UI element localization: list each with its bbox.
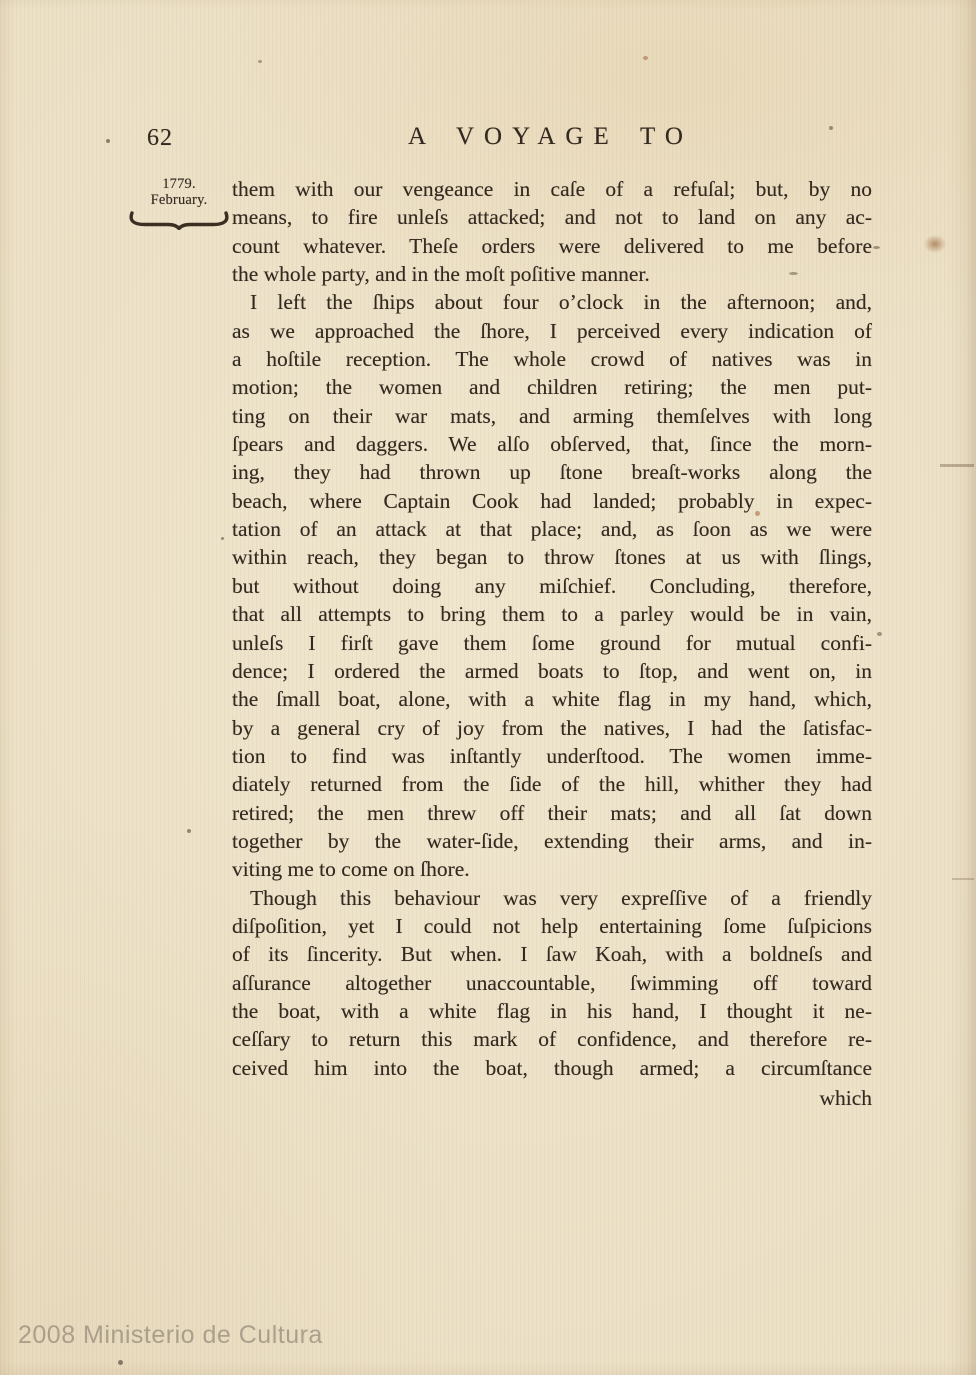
text-line: motion; the women and children retiring;… <box>232 373 872 401</box>
text-line: within reach, they began to throw ſtones… <box>232 543 872 571</box>
paper-speck <box>829 126 833 130</box>
watermark: 2008 Ministerio de Cultura <box>18 1321 323 1350</box>
running-title: A VOYAGE TO <box>408 123 693 151</box>
foxing-smudge <box>920 232 950 256</box>
text-line: of its ſincerity. But when. I ſaw Koah, … <box>232 940 872 968</box>
text-line: viting me to come on ſhore. <box>232 855 872 883</box>
margin-note: 1779. February. <box>127 176 231 230</box>
text-line: diately returned from the ſide of the hi… <box>232 770 872 798</box>
page-number: 62 <box>147 125 173 152</box>
margin-brace-icon <box>128 211 230 230</box>
text-line: by a general cry of joy from the natives… <box>232 714 872 742</box>
text-line: tion to find was inſtantly underſtood. T… <box>232 742 872 770</box>
paper-speck <box>118 1360 123 1365</box>
margin-note-year: 1779. <box>127 176 231 192</box>
text-line: the boat, with a white flag in his hand,… <box>232 997 872 1025</box>
text-line: as we approached the ſhore, I perceived … <box>232 317 872 345</box>
text-line: together by the water-ſide, extending th… <box>232 827 872 855</box>
text-line: ing, they had thrown up ſtone breaſt-wor… <box>232 458 872 486</box>
book-page-scan: 62 A VOYAGE TO 1779. February. them with… <box>0 0 976 1375</box>
text-line: ceſſary to return this mark of confidenc… <box>232 1025 872 1053</box>
text-line: retired; the men threw off their mats; a… <box>232 799 872 827</box>
text-line: unleſs I firſt gave them ſome ground for… <box>232 629 872 657</box>
text-line: but without doing any miſchief. Concludi… <box>232 572 872 600</box>
text-line: the ſmall boat, alone, with a white flag… <box>232 685 872 713</box>
text-line: means, to fire unleſs attacked; and not … <box>232 203 872 231</box>
paper-flaw-line <box>952 878 974 880</box>
paper-speck <box>187 829 191 833</box>
paper-speck <box>643 56 648 60</box>
text-line: Though this behaviour was very expreſſiv… <box>232 884 872 912</box>
paper-speck <box>221 537 224 540</box>
paper-speck <box>106 139 110 143</box>
text-line: ceived him into the boat, though armed; … <box>232 1054 872 1082</box>
text-line: count whatever. Theſe orders were delive… <box>232 232 872 260</box>
text-line: that all attempts to bring them to a par… <box>232 600 872 628</box>
text-line: aſſurance altogether unaccountable, ſwim… <box>232 969 872 997</box>
text-line: tation of an attack at that place; and, … <box>232 515 872 543</box>
text-line: beach, where Captain Cook had landed; pr… <box>232 487 872 515</box>
paper-speck <box>258 60 262 63</box>
paper-flaw-line <box>940 464 974 467</box>
text-line: a hoſtile reception. The whole crowd of … <box>232 345 872 373</box>
paper-speck <box>877 632 882 636</box>
text-line: diſpoſition, yet I could not help entert… <box>232 912 872 940</box>
text-line: them with our vengeance in caſe of a ref… <box>232 175 872 203</box>
text-line: ting on their war mats, and arming themſ… <box>232 402 872 430</box>
margin-note-month: February. <box>127 192 231 208</box>
catchword: which <box>232 1086 872 1111</box>
text-line: ſpears and daggers. We alſo obſerved, th… <box>232 430 872 458</box>
text-line: I left the ſhips about four o’clock in t… <box>232 288 872 316</box>
paper-speck <box>873 246 880 249</box>
text-line: the whole party, and in the moſt poſitiv… <box>232 260 872 288</box>
body-text: them with our vengeance in caſe of a ref… <box>232 175 872 1082</box>
text-line: dence; I ordered the armed boats to ſtop… <box>232 657 872 685</box>
